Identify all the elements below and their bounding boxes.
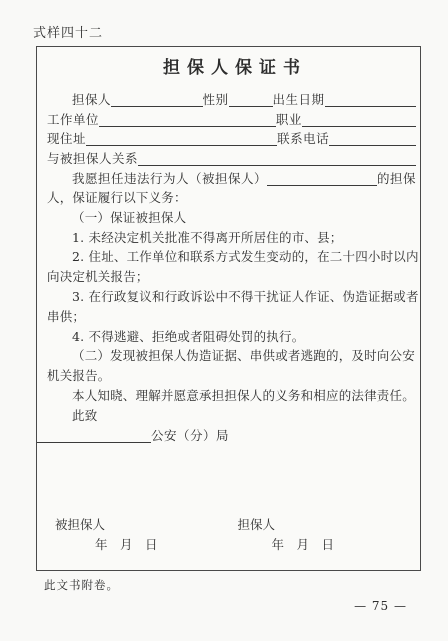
occupation-blank — [302, 126, 416, 127]
document-title: 担保人保证书 — [47, 55, 416, 81]
gender-blank — [229, 106, 273, 107]
guaranteed-person-name-blank — [267, 185, 377, 186]
birth-date-blank — [325, 106, 416, 107]
pledge-suffix-text: 的担保 — [377, 170, 416, 188]
relation-blank — [138, 165, 416, 166]
obligation-item-2-line-1: 2. 住址、工作单位和联系方式发生变动的，在二十四小时以内 — [47, 247, 416, 267]
address-blank — [86, 145, 277, 146]
birth-date-label: 出生日期 — [273, 91, 325, 109]
gender-label: 性别 — [203, 91, 229, 109]
page-number: — 75 — — [354, 599, 407, 613]
field-row-guarantor: 担保人 性别 出生日期 — [47, 89, 416, 109]
bureau-line: 公安（分）局 — [47, 426, 416, 446]
obligation-item-3-line-1: 3. 在行政复议和行政诉讼中不得干扰证人作证、伪造证据或者 — [47, 287, 416, 307]
attachment-footnote: 此文书附卷。 — [44, 577, 119, 593]
pledge-prefix-text: 我愿担任违法行为人（被担保人） — [72, 170, 267, 188]
guaranteed-person-date-label: 年 月 日 — [47, 535, 232, 555]
guarantor-date-label: 年 月 日 — [232, 535, 417, 555]
obligation-item-4: 4. 不得逃避、拒绝或者阻碍处罚的执行。 — [47, 327, 416, 347]
guarantor-name-blank — [111, 106, 202, 107]
field-row-address: 现住址 联系电话 — [47, 129, 416, 149]
bureau-suffix-text: 公安（分）局 — [151, 427, 229, 445]
work-unit-blank — [99, 126, 276, 127]
guarantor-label: 担保人 — [72, 91, 111, 109]
obligation-item-1: 1. 未经决定机关批准不得离开所居住的市、县； — [47, 228, 416, 248]
signature-block: 被担保人 担保人 年 月 日 年 月 日 — [47, 515, 416, 555]
occupation-label: 职业 — [276, 111, 302, 129]
obligation-item-2-line-2: 向决定机关报告； — [47, 267, 416, 287]
work-unit-label: 工作单位 — [47, 111, 99, 129]
signature-labels-row: 被担保人 担保人 — [47, 515, 416, 535]
signature-dates-row: 年 月 日 年 月 日 — [47, 535, 416, 555]
form-style-label: 式样四十二 — [33, 22, 103, 41]
section2-line-1: （二）发现被担保人伪造证据、串供或者逃跑的，及时向公安 — [47, 346, 416, 366]
bureau-name-blank — [37, 442, 151, 443]
phone-blank — [329, 145, 416, 146]
acknowledgement-line: 本人知晓、理解并愿意承担担保人的义务和相应的法律责任。 — [47, 386, 416, 406]
pledge-line-2: 人，保证履行以下义务： — [47, 188, 416, 208]
document-page: 式样四十二 担保人保证书 担保人 性别 出生日期 工作单位 职业 现住址 联系电… — [0, 0, 448, 641]
obligation-item-3-line-2: 串供； — [47, 307, 416, 327]
guaranteed-person-signature-label: 被担保人 — [47, 515, 232, 535]
guarantor-signature-label: 担保人 — [232, 515, 417, 535]
salutation-line: 此致 — [47, 406, 416, 426]
section1-heading: （一）保证被担保人 — [47, 208, 416, 228]
guarantee-form-box: 担保人保证书 担保人 性别 出生日期 工作单位 职业 现住址 联系电话 与被担保… — [36, 46, 421, 571]
section2-line-2: 机关报告。 — [47, 366, 416, 386]
relation-label: 与被担保人关系 — [47, 150, 138, 168]
field-row-relation: 与被担保人关系 — [47, 148, 416, 168]
field-row-work: 工作单位 职业 — [47, 109, 416, 129]
phone-label: 联系电话 — [277, 130, 329, 148]
pledge-line-1: 我愿担任违法行为人（被担保人） 的担保 — [47, 168, 416, 188]
address-label: 现住址 — [47, 130, 86, 148]
